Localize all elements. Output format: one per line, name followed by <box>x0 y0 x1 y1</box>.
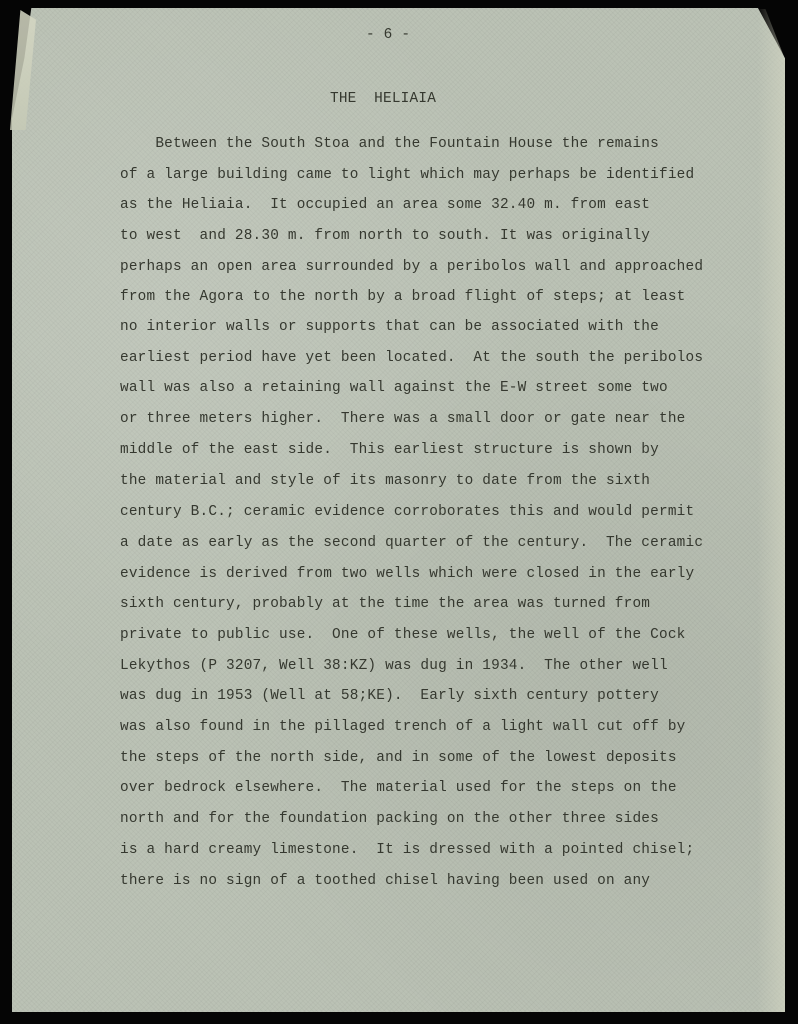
text-line: century B.C.; ceramic evidence corrobora… <box>120 504 694 520</box>
text-line: evidence is derived from two wells which… <box>120 566 694 582</box>
text-line: over bedrock elsewhere. The material use… <box>120 780 677 796</box>
text-line: perhaps an open area surrounded by a per… <box>120 259 703 275</box>
text-line: sixth century, probably at the time the … <box>120 596 650 612</box>
text-line: a date as early as the second quarter of… <box>120 535 703 551</box>
page-number: - 6 - <box>366 27 410 43</box>
text-line: private to public use. One of these well… <box>120 627 686 643</box>
text-line: was dug in 1953 (Well at 58;KE). Early s… <box>120 688 659 704</box>
page-edge <box>757 9 785 1012</box>
text-line: wall was also a retaining wall against t… <box>120 380 668 396</box>
text-line: was also found in the pillaged trench of… <box>120 719 686 735</box>
text-line: the material and style of its masonry to… <box>120 473 650 489</box>
text-line: of a large building came to light which … <box>120 167 694 183</box>
text-line: the steps of the north side, and in some… <box>120 750 677 766</box>
text-line: or three meters higher. There was a smal… <box>120 411 686 427</box>
text-line: to west and 28.30 m. from north to south… <box>120 228 650 244</box>
text-line: from the Agora to the north by a broad f… <box>120 289 686 305</box>
text-line: Between the South Stoa and the Fountain … <box>120 136 659 152</box>
text-line: earliest period have yet been located. A… <box>120 350 703 366</box>
section-title: THE HELIAIA <box>330 91 436 107</box>
text-line: middle of the east side. This earliest s… <box>120 442 659 458</box>
text-line: as the Heliaia. It occupied an area some… <box>120 197 650 213</box>
text-line: is a hard creamy limestone. It is dresse… <box>120 842 694 858</box>
text-line: Lekythos (P 3207, Well 38:KZ) was dug in… <box>120 658 668 674</box>
text-line: no interior walls or supports that can b… <box>120 319 659 335</box>
text-line: there is no sign of a toothed chisel hav… <box>120 873 650 889</box>
text-line: north and for the foundation packing on … <box>120 811 659 827</box>
